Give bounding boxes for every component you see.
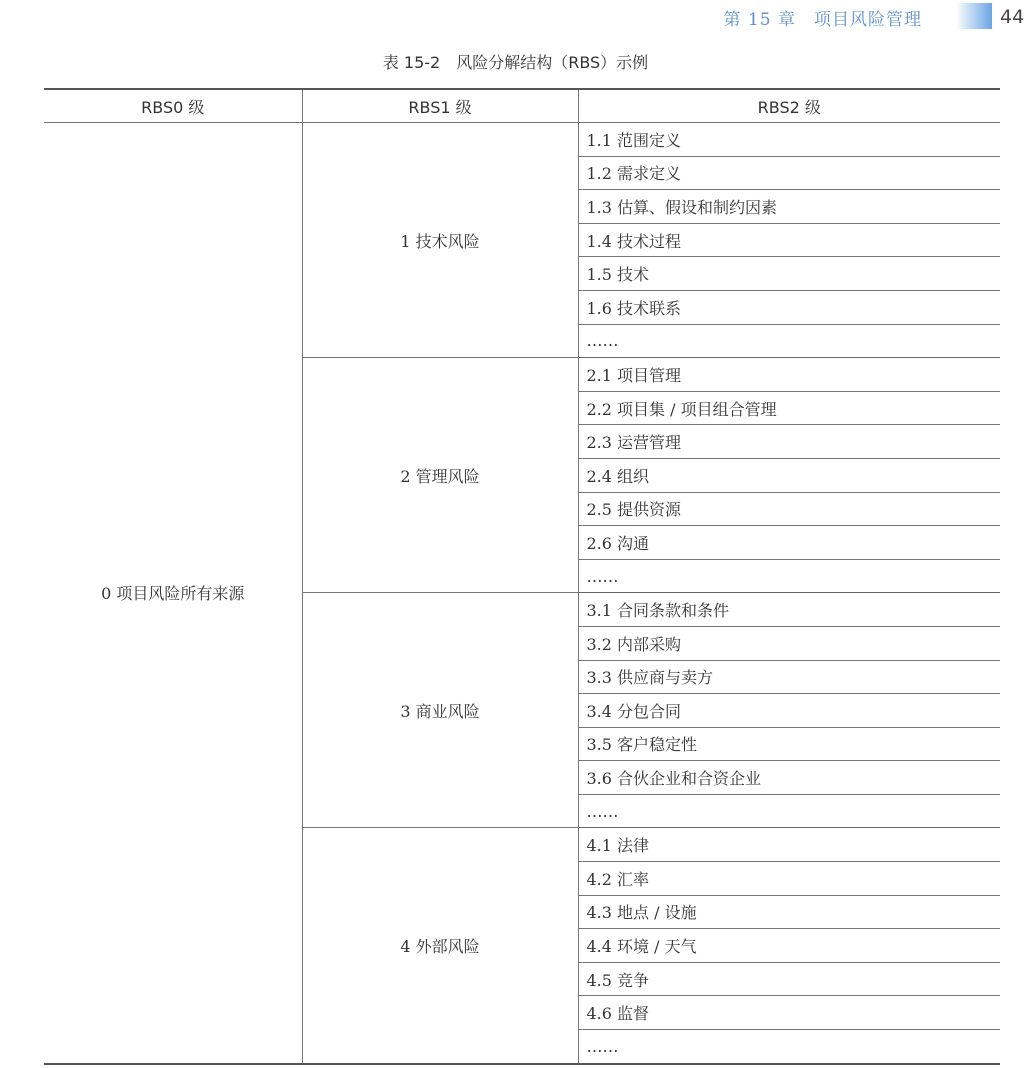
rbs2-cell: 4.4 环境 / 天气 <box>578 929 1000 963</box>
rbs2-cell-ellipsis: …… <box>578 794 1000 828</box>
chapter-title: 第 15 章 项目风险管理 <box>724 5 922 30</box>
rbs2-cell: 3.2 内部采购 <box>578 626 1000 660</box>
rbs2-cell-ellipsis: …… <box>578 559 1000 593</box>
header-row: RBS0 级 RBS1 级 RBS2 级 <box>44 89 1000 123</box>
rbs2-cell: 2.2 项目集 / 项目组合管理 <box>578 391 1000 425</box>
rbs1-cell-commercial: 3 商业风险 <box>302 593 578 828</box>
rbs2-cell: 2.6 沟通 <box>578 526 1000 560</box>
rbs2-cell-ellipsis: …… <box>578 324 1000 358</box>
rbs2-cell: 3.1 合同条款和条件 <box>578 593 1000 627</box>
rbs-table: RBS0 级 RBS1 级 RBS2 级 0 项目风险所有来源 1 技术风险 1… <box>44 88 1000 1065</box>
header-rbs1: RBS1 级 <box>302 89 578 123</box>
rbs2-cell: 1.2 需求定义 <box>578 156 1000 190</box>
table-caption: 表 15-2 风险分解结构（RBS）示例 <box>0 50 1031 73</box>
rbs2-cell: 2.5 提供资源 <box>578 492 1000 526</box>
running-header: 第 15 章 项目风险管理 44 <box>724 0 1031 34</box>
rbs2-cell: 3.6 合伙企业和合资企业 <box>578 761 1000 795</box>
header-rbs0: RBS0 级 <box>44 89 302 123</box>
rbs2-cell: 4.5 竞争 <box>578 962 1000 996</box>
rbs2-cell: 1.5 技术 <box>578 257 1000 291</box>
rbs2-cell: 1.3 估算、假设和制约因素 <box>578 190 1000 224</box>
rbs2-cell: 4.1 法律 <box>578 828 1000 862</box>
rbs0-cell: 0 项目风险所有来源 <box>44 123 302 1064</box>
rbs2-cell: 1.6 技术联系 <box>578 290 1000 324</box>
rbs2-cell: 2.3 运营管理 <box>578 425 1000 459</box>
rbs2-cell: 3.3 供应商与卖方 <box>578 660 1000 694</box>
rbs1-cell-management: 2 管理风险 <box>302 358 578 593</box>
header-rbs2: RBS2 级 <box>578 89 1000 123</box>
table-row: 0 项目风险所有来源 1 技术风险 1.1 范围定义 <box>44 123 1000 157</box>
rbs2-cell: 4.6 监督 <box>578 996 1000 1030</box>
rbs2-cell: 4.3 地点 / 设施 <box>578 895 1000 929</box>
rbs2-cell: 1.4 技术过程 <box>578 223 1000 257</box>
page-number: 44 <box>1000 6 1031 28</box>
rbs2-cell-ellipsis: …… <box>578 1030 1000 1064</box>
rbs2-cell: 1.1 范围定义 <box>578 123 1000 157</box>
rbs2-cell: 2.1 项目管理 <box>578 358 1000 392</box>
rbs2-cell: 3.5 客户稳定性 <box>578 727 1000 761</box>
table-body: 0 项目风险所有来源 1 技术风险 1.1 范围定义 1.2 需求定义 1.3 … <box>44 123 1000 1064</box>
rbs2-cell: 2.4 组织 <box>578 458 1000 492</box>
rbs1-cell-technical: 1 技术风险 <box>302 123 578 358</box>
rbs2-cell: 3.4 分包合同 <box>578 694 1000 728</box>
chapter-tab-marker <box>956 3 992 29</box>
rbs2-cell: 4.2 汇率 <box>578 862 1000 896</box>
rbs1-cell-external: 4 外部风险 <box>302 828 578 1064</box>
